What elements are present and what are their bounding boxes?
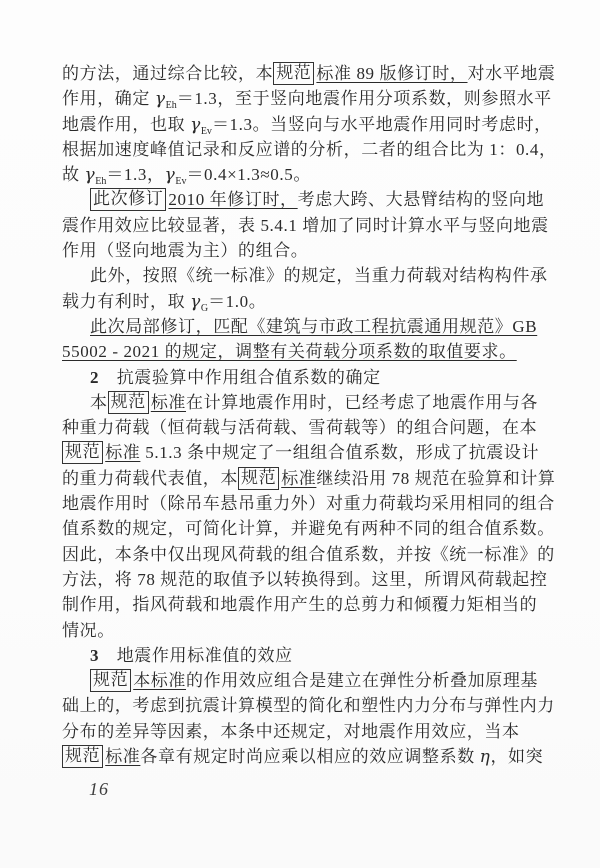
revision-inserted-text: 标准	[105, 443, 140, 462]
body-text: ＝1.0。	[208, 292, 266, 311]
text-block: 的方法，通过综合比较，本规范标准 89 版修订时，对水平地震作用，确定 γEh＝…	[62, 61, 544, 769]
body-text: 震作用效应比较显著，表 5.4.1 增加了同时计算水平与竖向地震	[62, 216, 549, 235]
subscript-text: G	[201, 303, 208, 314]
greek-symbol: η	[480, 747, 491, 767]
revision-deleted-text: 规范	[273, 62, 314, 85]
scanned-document-page: 的方法，通过综合比较，本规范标准 89 版修订时，对水平地震作用，确定 γEh＝…	[0, 0, 600, 868]
body-text: 本	[90, 393, 108, 412]
greek-symbol: γ	[190, 115, 201, 135]
text-line: 震作用效应比较显著，表 5.4.1 增加了同时计算水平与竖向地震	[62, 213, 544, 238]
text-line: 规范标准各章有规定时尚应乘以相应的效应调整系数 η，如突	[62, 744, 544, 769]
text-line: 值系数的规定，可简化计算，并避免有两种不同的组合值系数。	[62, 516, 544, 541]
revision-inserted-text: 2010 年修订时，	[168, 190, 297, 209]
subscript-text: Ev	[201, 126, 212, 137]
text-line: 作用（竖向地震为主）的组合。	[62, 238, 544, 263]
text-line: 规范本标准的作用效应组合是建立在弹性分析叠加原理基	[62, 668, 544, 693]
greek-symbol: γ	[165, 165, 176, 185]
revision-inserted-text: 标准 89 版修订时，	[316, 64, 467, 83]
body-text: 的作用效应组合是建立在弹性分析叠加原理基	[186, 671, 538, 690]
body-text: 制作用，指风荷载和地震作用产生的总剪力和倾覆力矩相当的	[62, 595, 537, 614]
text-line: 载力有利时，取 γG＝1.0。	[62, 289, 544, 314]
revision-inserted-text: 此次局部修订，匹配《建筑与市政工程抗震通用规范》GB	[90, 317, 537, 336]
text-line: 根据加速度峰值记录和反应谱的分析，二者的组合比为 1：0.4，	[62, 137, 544, 162]
text-line: 情况。	[62, 618, 544, 643]
revision-deleted-text: 规范	[238, 467, 279, 490]
text-line: 方法，将 78 规范的取值予以转换得到。这里，所谓风荷载起控	[62, 567, 544, 592]
text-line: 础上的，考虑到抗震计算模型的简化和塑性内力分布与弹性内力	[62, 693, 544, 718]
text-line: 制作用，指风荷载和地震作用产生的总剪力和倾覆力矩相当的	[62, 592, 544, 617]
revision-inserted-text: 标准	[151, 393, 186, 412]
text-line: 此次局部修订，匹配《建筑与市政工程抗震通用规范》GB	[62, 314, 544, 339]
body-text: 的方法，通过综合比较，本	[62, 64, 273, 83]
body-text: ＝1.3，至于竖向地震作用分项系数，则参照水平	[177, 89, 552, 108]
body-text: 地震作用时（除吊车悬吊重力外）对重力荷载均采用相同的组合	[62, 494, 555, 513]
text-line: 本规范标准在计算地震作用时，已经考虑了地震作用与各	[62, 390, 544, 415]
body-text: 地震作用，也取	[62, 115, 190, 134]
revision-deleted-text: 规范	[62, 745, 103, 768]
body-text: 考虑大跨、大悬臂结构的竖向地	[298, 190, 544, 209]
body-text: 方法，将 78 规范的取值予以转换得到。这里，所谓风荷载起控	[62, 570, 548, 589]
body-text: 情况。	[62, 621, 115, 640]
body-text: ＝1.3，	[106, 165, 164, 184]
body-text: 此外，按照《统一标准》的规定，当重力荷载对结构构件承	[90, 266, 548, 285]
body-text: 的重力荷载代表值，本	[62, 469, 238, 488]
heading-number: 2	[90, 368, 99, 387]
text-line: 地震作用时（除吊车悬吊重力外）对重力荷载均采用相同的组合	[62, 491, 544, 516]
body-text: 在计算地震作用时，已经考虑了地震作用与各	[186, 393, 538, 412]
body-text: 种重力荷载（恒荷载与活荷载、雪荷载等）的组合问题，在本	[62, 418, 537, 437]
revision-inserted-text: 标准	[105, 747, 140, 766]
text-line: 的方法，通过综合比较，本规范标准 89 版修订时，对水平地震	[62, 61, 544, 86]
text-line: 此外，按照《统一标准》的规定，当重力荷载对结构构件承	[62, 263, 544, 288]
section-heading: 3 地震作用标准值的效应	[62, 643, 544, 668]
body-text: 各章有规定时尚应乘以相应的效应调整系数	[140, 747, 479, 766]
text-line: 55002 - 2021 的规定，调整有关荷载分项系数的取值要求。	[62, 339, 544, 364]
section-heading: 2 抗震验算中作用组合值系数的确定	[62, 365, 544, 390]
page-number: 16	[89, 779, 109, 800]
body-text: 作用（竖向地震为主）的组合。	[62, 241, 308, 260]
text-line: 作用，确定 γEh＝1.3，至于竖向地震作用分项系数，则参照水平	[62, 86, 544, 111]
greek-symbol: γ	[190, 292, 201, 312]
subscript-text: Eh	[95, 176, 106, 187]
text-line: 种重力荷载（恒荷载与活荷载、雪荷载等）的组合问题，在本	[62, 415, 544, 440]
greek-symbol: γ	[155, 89, 166, 109]
text-line: 故 γEh＝1.3，γEv＝0.4×1.3≈0.5。	[62, 162, 544, 187]
body-text: 载力有利时，取	[62, 292, 190, 311]
body-text: 故	[62, 165, 84, 184]
text-line: 的重力荷载代表值，本规范标准继续沿用 78 规范在验算和计算	[62, 466, 544, 491]
body-text: 根据加速度峰值记录和反应谱的分析，二者的组合比为 1：0.4，	[62, 140, 557, 159]
subscript-text: Eh	[166, 100, 177, 111]
revision-deleted-text: 此次修订	[90, 188, 166, 211]
body-text: 础上的，考虑到抗震计算模型的简化和塑性内力分布与弹性内力	[62, 696, 555, 715]
body-text: 分布的差异等因素，本条中还规定，对地震作用效应，当本	[62, 722, 520, 741]
revision-inserted-text: 本标准	[133, 671, 186, 690]
revision-deleted-text: 规范	[90, 669, 131, 692]
revision-inserted-text: 55002 - 2021 的规定，调整有关荷载分项系数的取值要求。	[62, 342, 517, 361]
text-line: 地震作用，也取 γEv＝1.3。当竖向与水平地震作用同时考虑时，	[62, 112, 544, 137]
body-text: 值系数的规定，可简化计算，并避免有两种不同的组合值系数。	[62, 519, 555, 538]
text-line: 因此，本条中仅出现风荷载的组合值系数，并按《统一标准》的	[62, 542, 544, 567]
body-text: ＝0.4×1.3≈0.5。	[186, 165, 310, 184]
body-text: ，如突	[490, 747, 543, 766]
text-line: 分布的差异等因素，本条中还规定，对地震作用效应，当本	[62, 719, 544, 744]
revision-deleted-text: 规范	[62, 441, 103, 464]
body-text: 因此，本条中仅出现风荷载的组合值系数，并按《统一标准》的	[62, 545, 555, 564]
heading-number: 3	[90, 646, 99, 665]
revision-inserted-text: 标准	[281, 469, 316, 488]
body-text: 作用，确定	[62, 89, 155, 108]
body-text: 继续沿用 78 规范在验算和计算	[316, 469, 555, 488]
body-text: 抗震验算中作用组合值系数的确定	[99, 368, 381, 387]
greek-symbol: γ	[84, 165, 95, 185]
body-text: 5.1.3 条中规定了一组组合值系数，形成了抗震设计	[140, 443, 539, 462]
subscript-text: Ev	[175, 176, 186, 187]
text-line: 此次修订2010 年修订时，考虑大跨、大悬臂结构的竖向地	[62, 187, 544, 212]
body-text: ＝1.3。当竖向与水平地震作用同时考虑时，	[212, 115, 552, 134]
revision-deleted-text: 规范	[108, 391, 149, 414]
body-text: 对水平地震	[468, 64, 556, 83]
body-text: 地震作用标准值的效应	[99, 646, 293, 665]
text-line: 规范标准 5.1.3 条中规定了一组组合值系数，形成了抗震设计	[62, 440, 544, 465]
